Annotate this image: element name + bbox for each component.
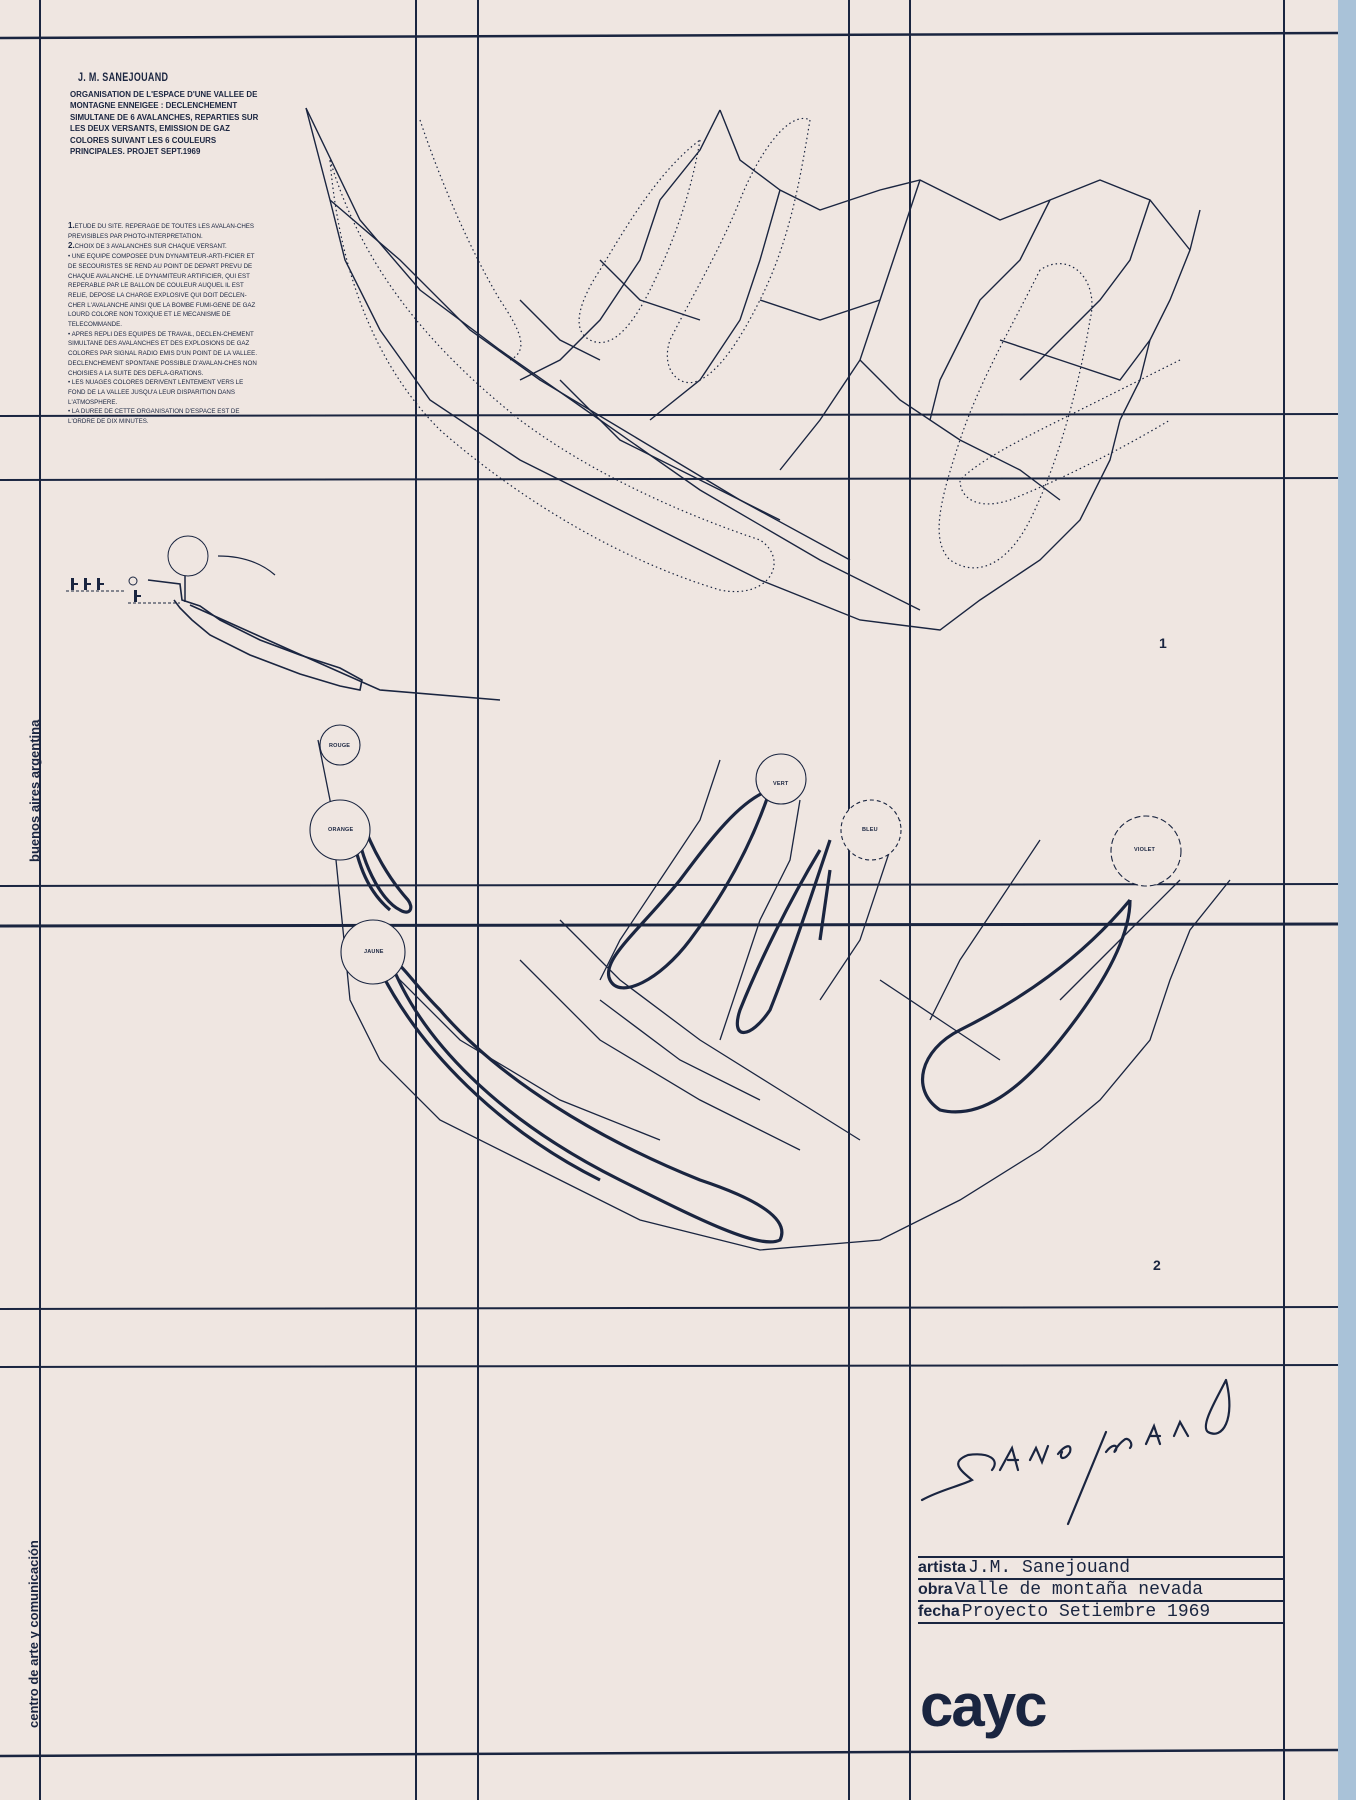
info-row-work: obra Valle de montaña nevada — [918, 1580, 1284, 1602]
info-table: artista J.M. Sanejouand obra Valle de mo… — [918, 1556, 1284, 1624]
header-block: J. M. SANEJOUAND ORGANISATION DE L'ESPAC… — [70, 70, 260, 157]
step-item: • LA DUREE DE CETTE ORGANISATION D'ESPAC… — [68, 407, 260, 426]
figure-1-number: 1 — [1159, 635, 1167, 651]
cloud-label-jaune: JAUNE — [364, 949, 384, 955]
step-item: 2.CHOIX DE 3 AVALANCHES SUR CHAQUE VERSA… — [68, 241, 260, 252]
cloud-label-vert: VERT — [773, 781, 788, 787]
artist-label: artista — [918, 1559, 966, 1577]
step-item: • UNE EQUIPE COMPOSEE D'UN DYNAMITEUR-AR… — [68, 252, 260, 330]
header-artist: J. M. SANEJOUAND — [78, 70, 260, 84]
step-item: • APRES REPLI DES EQUIPES DE TRAVAIL, DE… — [68, 330, 260, 379]
work-label: obra — [918, 1581, 953, 1599]
cloud-label-violet: VIOLET — [1134, 847, 1155, 853]
side-institution: centro de arte y comunicación — [26, 1540, 41, 1728]
steps-list: 1.ETUDE DU SITE. REPERAGE DE TOUTES LES … — [68, 221, 260, 427]
info-row-artist: artista J.M. Sanejouand — [918, 1556, 1284, 1580]
side-location: buenos aires argentina — [27, 720, 42, 862]
cloud-label-rouge: ROUGE — [329, 743, 350, 749]
step-item: • LES NUAGES COLORES DERIVENT LENTEMENT … — [68, 378, 260, 407]
figure-2-number: 2 — [1153, 1257, 1161, 1273]
info-row-date: fecha Proyecto Setiembre 1969 — [918, 1602, 1284, 1624]
step-item: 1.ETUDE DU SITE. REPERAGE DE TOUTES LES … — [68, 221, 260, 241]
cloud-label-orange: ORANGE — [328, 827, 353, 833]
header-title: ORGANISATION DE L'ESPACE D'UNE VALLEE DE… — [70, 89, 259, 157]
artist-value: J.M. Sanejouand — [968, 1558, 1130, 1578]
work-value: Valle de montaña nevada — [955, 1580, 1203, 1600]
cloud-label-bleu: BLEU — [862, 827, 878, 833]
date-label: fecha — [918, 1603, 960, 1621]
date-value: Proyecto Setiembre 1969 — [962, 1602, 1210, 1622]
cayc-logo: cayc — [920, 1676, 1045, 1736]
